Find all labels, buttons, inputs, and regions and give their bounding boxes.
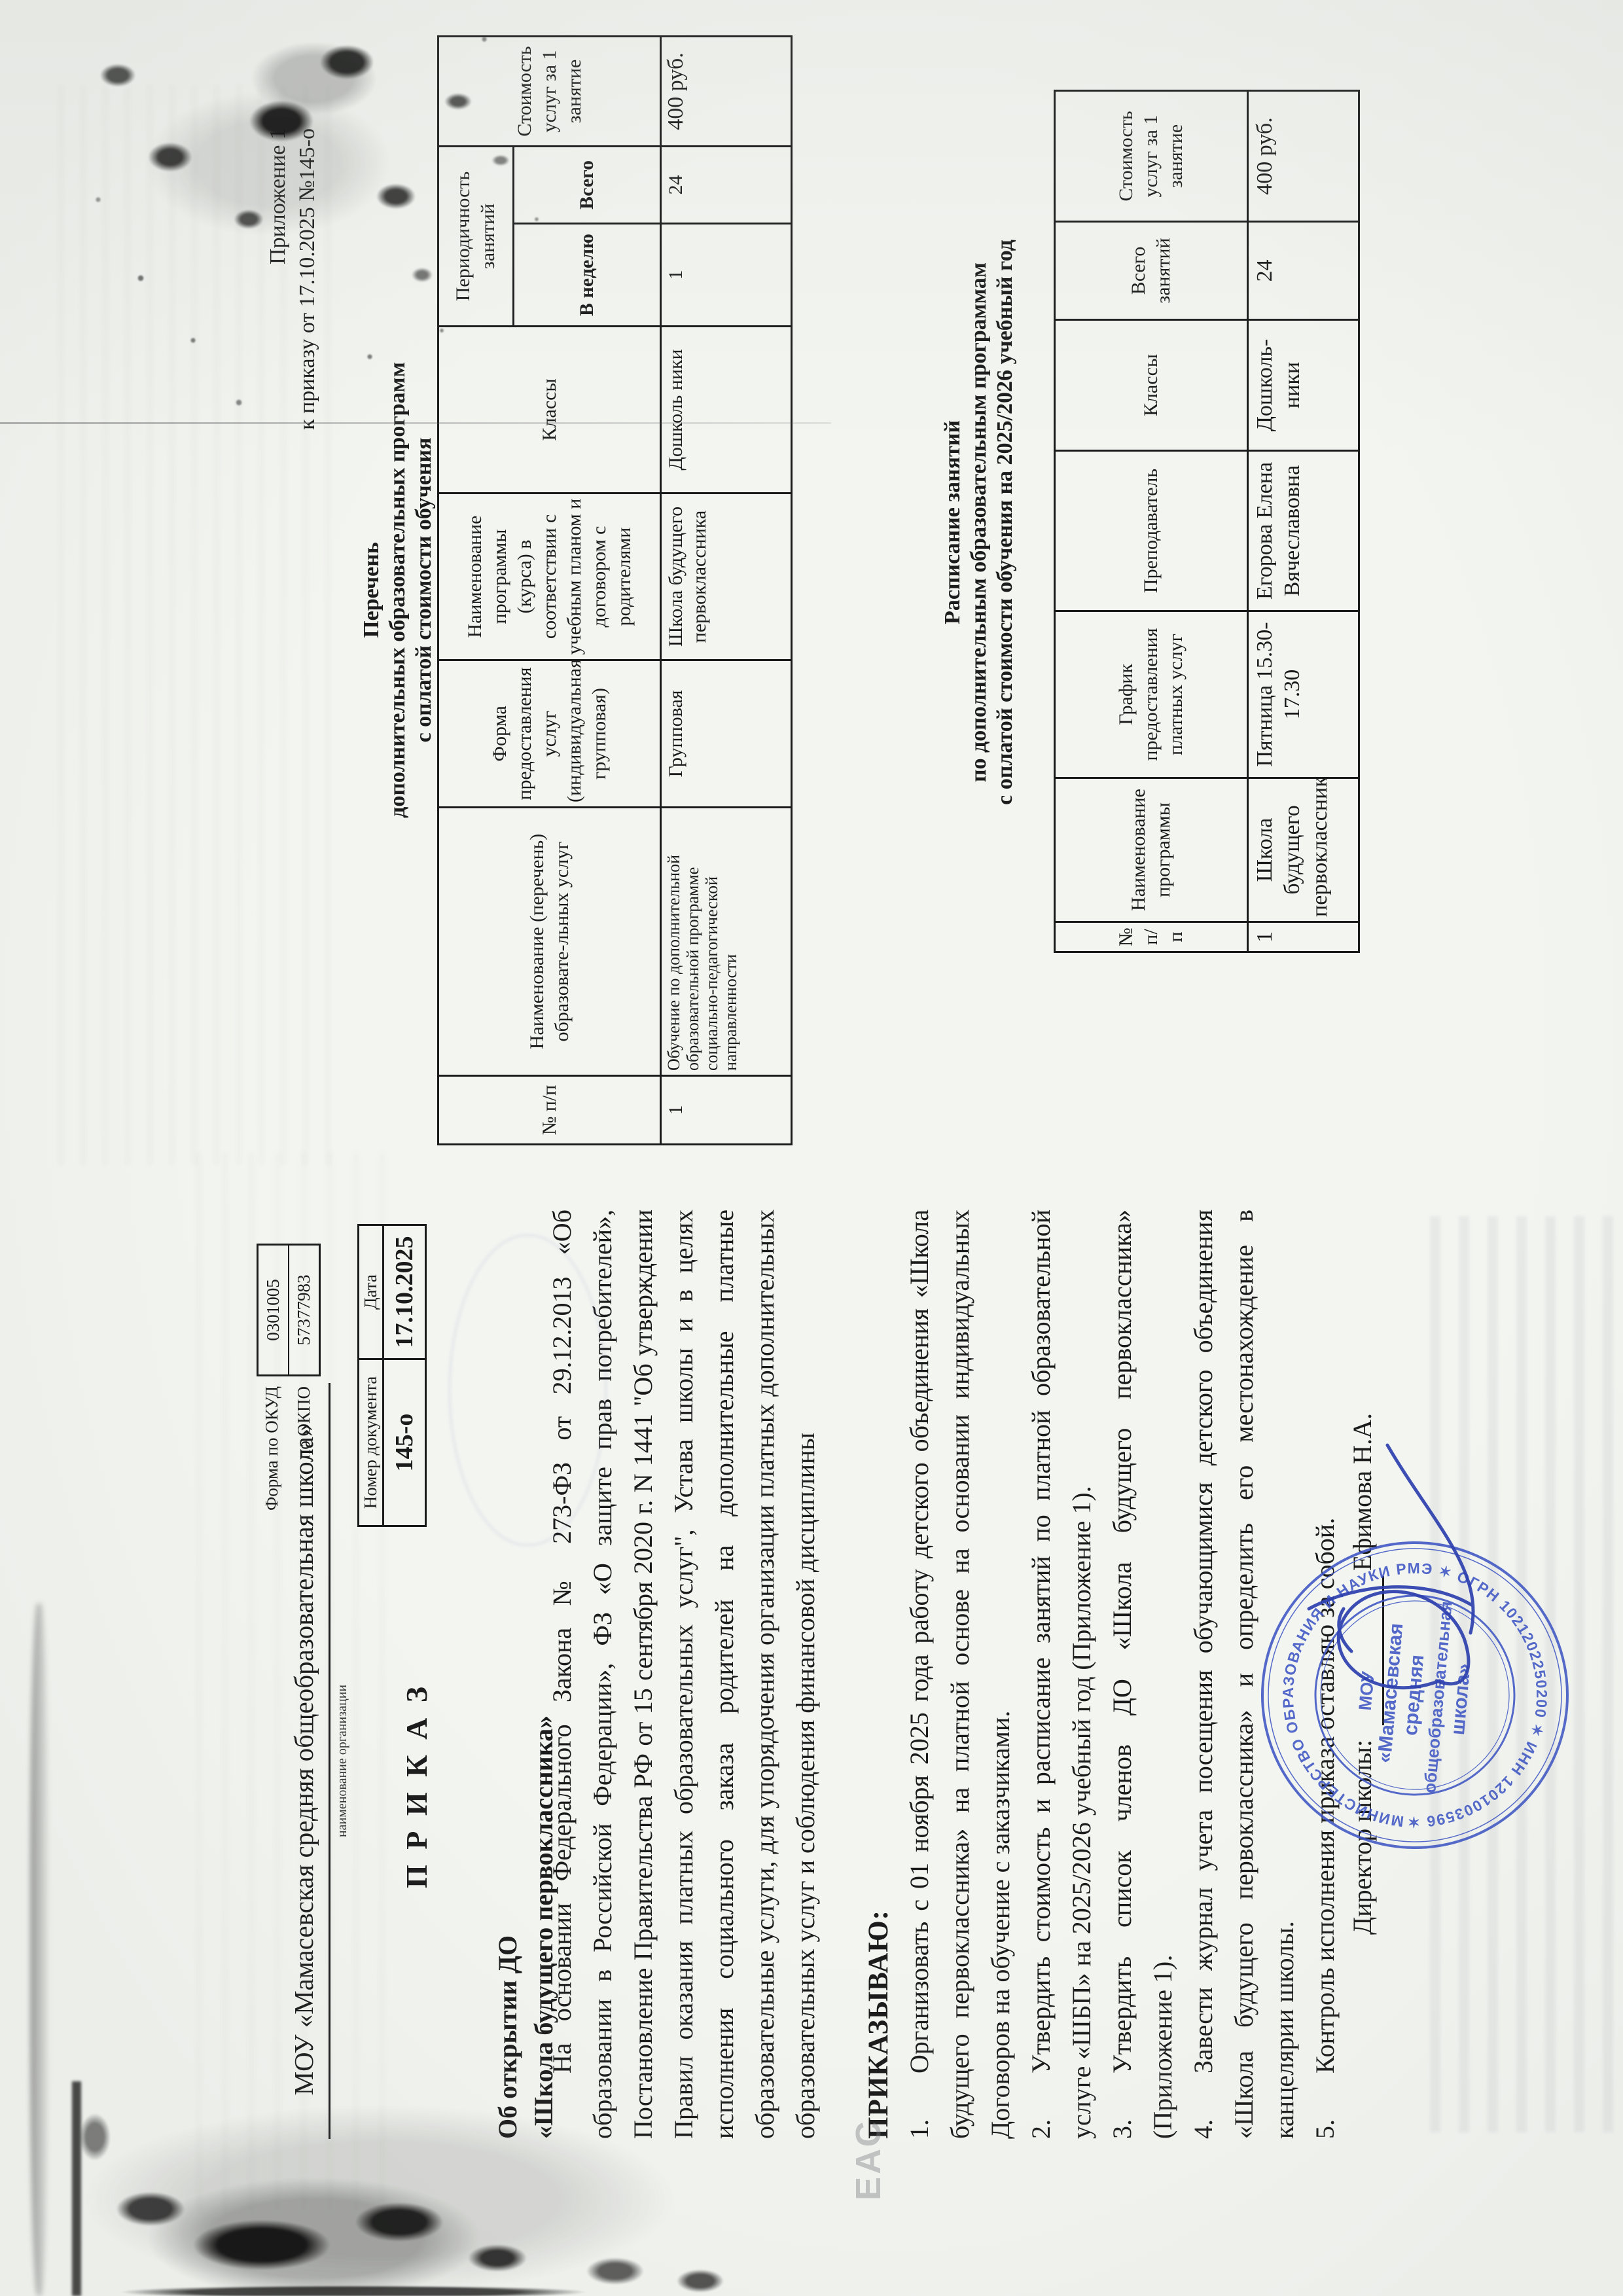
okud-value: 0301005	[259, 1246, 289, 1374]
date-value: 17.10.2025	[383, 1225, 426, 1359]
t1-col-num: № п/п	[438, 1076, 661, 1145]
order-title: П Р И К А З	[399, 1602, 434, 1969]
eac-mark: ЕАС	[848, 2119, 889, 2200]
commands-label: ПРИКАЗЫВАЮ:	[863, 1910, 895, 2139]
t2-col-total: Всего занятий	[1055, 222, 1248, 320]
t1-row-total: 24	[661, 146, 792, 223]
rotated-document: МОУ «Мамасевская средняя общеобразовател…	[0, 0, 1623, 2296]
t1-row-num: 1	[661, 1076, 792, 1145]
okud-okpo-box: 0301005 57377983	[257, 1244, 321, 1376]
number-value: 145-о	[383, 1359, 426, 1526]
director-signature	[1273, 1429, 1522, 1743]
number-label: Номер документа	[359, 1359, 383, 1526]
t1-col-period-group: Периодичность занятий	[438, 146, 514, 326]
command-number: 5.	[1305, 2073, 1346, 2139]
appendix1-title-line1: Перечень	[359, 36, 385, 1144]
okpo-value: 57377983	[289, 1246, 319, 1374]
t1-row-program: Школа будущего первоклассника	[661, 493, 792, 660]
schedule-table: № п/п Наименование программы График пред…	[1054, 90, 1360, 953]
okpo-label: по ОКПО	[294, 1386, 314, 1602]
scanned-page: МОУ «Мамасевская средняя общеобразовател…	[0, 0, 1623, 2296]
t2-row-classes: Дошколь- ники	[1248, 320, 1359, 451]
appendix-ref-line1: Приложение 1	[263, 128, 293, 594]
command-text: Утвердить стоимость и расписание занятий…	[1026, 1210, 1096, 2139]
appendix2-title-line1: Расписание занятий	[940, 92, 966, 953]
command-number: 4.	[1183, 2073, 1224, 2139]
command-item: 3.Утвердить список членов ДО «Школа буду…	[1102, 1210, 1183, 2139]
t1-col-program: Наименование программы (курса) в соответ…	[438, 493, 661, 660]
appendix-ref-line2: к приказу от 17.10.2025 №145-о	[293, 128, 322, 594]
t2-row-schedule: Пятница 15.30-17.30	[1248, 611, 1359, 778]
t2-col-program: Наименование программы	[1055, 778, 1248, 922]
command-text: Утвердить список членов ДО «Школа будуще…	[1107, 1210, 1177, 2139]
programs-table: № п/п Наименование (перечень) образовате…	[437, 35, 793, 1145]
command-number: 2.	[1021, 2073, 1061, 2139]
t2-col-schedule: График предоставления платных услуг	[1055, 611, 1248, 778]
t1-col-form: Форма предоставления услуг (индивидуальн…	[438, 660, 661, 808]
t2-row-num: 1	[1248, 922, 1359, 952]
order-subject-line1: Об открытии ДО	[492, 1935, 523, 2139]
t2-row-cost: 400 руб.	[1248, 91, 1359, 222]
number-date-table: Номер документа Дата 145-о 17.10.2025	[357, 1224, 427, 1527]
t1-col-per-week: В неделю	[514, 224, 661, 327]
t1-col-classes: Классы	[438, 327, 661, 493]
t1-row-cost: 400 руб.	[661, 36, 792, 146]
command-number: 3.	[1102, 2073, 1143, 2139]
organization-underline	[329, 1383, 330, 2139]
t1-row-form: Групповая	[661, 660, 792, 808]
t1-col-cost: Стоимость услуг за 1 занятие	[438, 36, 661, 146]
command-item: 2.Утвердить стоимость и расписание занят…	[1021, 1210, 1102, 2139]
appendix-reference: Приложение 1 к приказу от 17.10.2025 №14…	[263, 128, 322, 594]
t2-row-total: 24	[1248, 222, 1359, 320]
appendix2-title-line3: с оплатой стоимости обучения на 2025/202…	[992, 92, 1018, 953]
t1-col-service: Наименование (перечень) образовате-льных…	[438, 808, 661, 1076]
t1-row-service: Обучение по дополнительной образовательн…	[661, 808, 792, 1076]
t2-row-program: Школа будущего первоклассника	[1248, 778, 1359, 922]
command-number: 1.	[899, 2073, 940, 2139]
t1-row-per-week: 1	[661, 224, 792, 327]
t2-col-num: № п/п	[1055, 922, 1248, 952]
stamp-bleedthrough	[448, 1234, 607, 1547]
appendix1-title-line3: с оплатой стоимости обучения	[411, 36, 437, 1144]
t1-col-total: Всего	[514, 146, 661, 223]
appendix1-title: Перечень дополнительных образовательных …	[359, 36, 437, 1144]
t2-col-cost: Стоимость услуг за 1 занятие	[1055, 91, 1248, 222]
t2-col-classes: Классы	[1055, 320, 1248, 451]
organization-caption: наименование организации	[335, 1383, 350, 2139]
t1-row-classes: Дошколь ники	[661, 327, 792, 493]
okud-label: Форма по ОКУД	[262, 1386, 282, 1602]
t2-row-teacher: Егорова Елена Вячеславовна	[1248, 451, 1359, 611]
appendix2-title: Расписание занятий по дополнительным обр…	[940, 92, 1018, 953]
date-label: Дата	[359, 1225, 383, 1359]
t2-col-teacher: Преподаватель	[1055, 451, 1248, 611]
command-item: 1.Организовать с 01 ноября 2025 года раб…	[899, 1210, 1021, 2139]
command-text: Организовать с 01 ноября 2025 года работ…	[904, 1210, 1015, 2139]
appendix1-title-line2: дополнительных образовательных программ	[385, 36, 411, 1144]
appendix2-title-line2: по дополнительным образовательным програ…	[966, 92, 992, 953]
